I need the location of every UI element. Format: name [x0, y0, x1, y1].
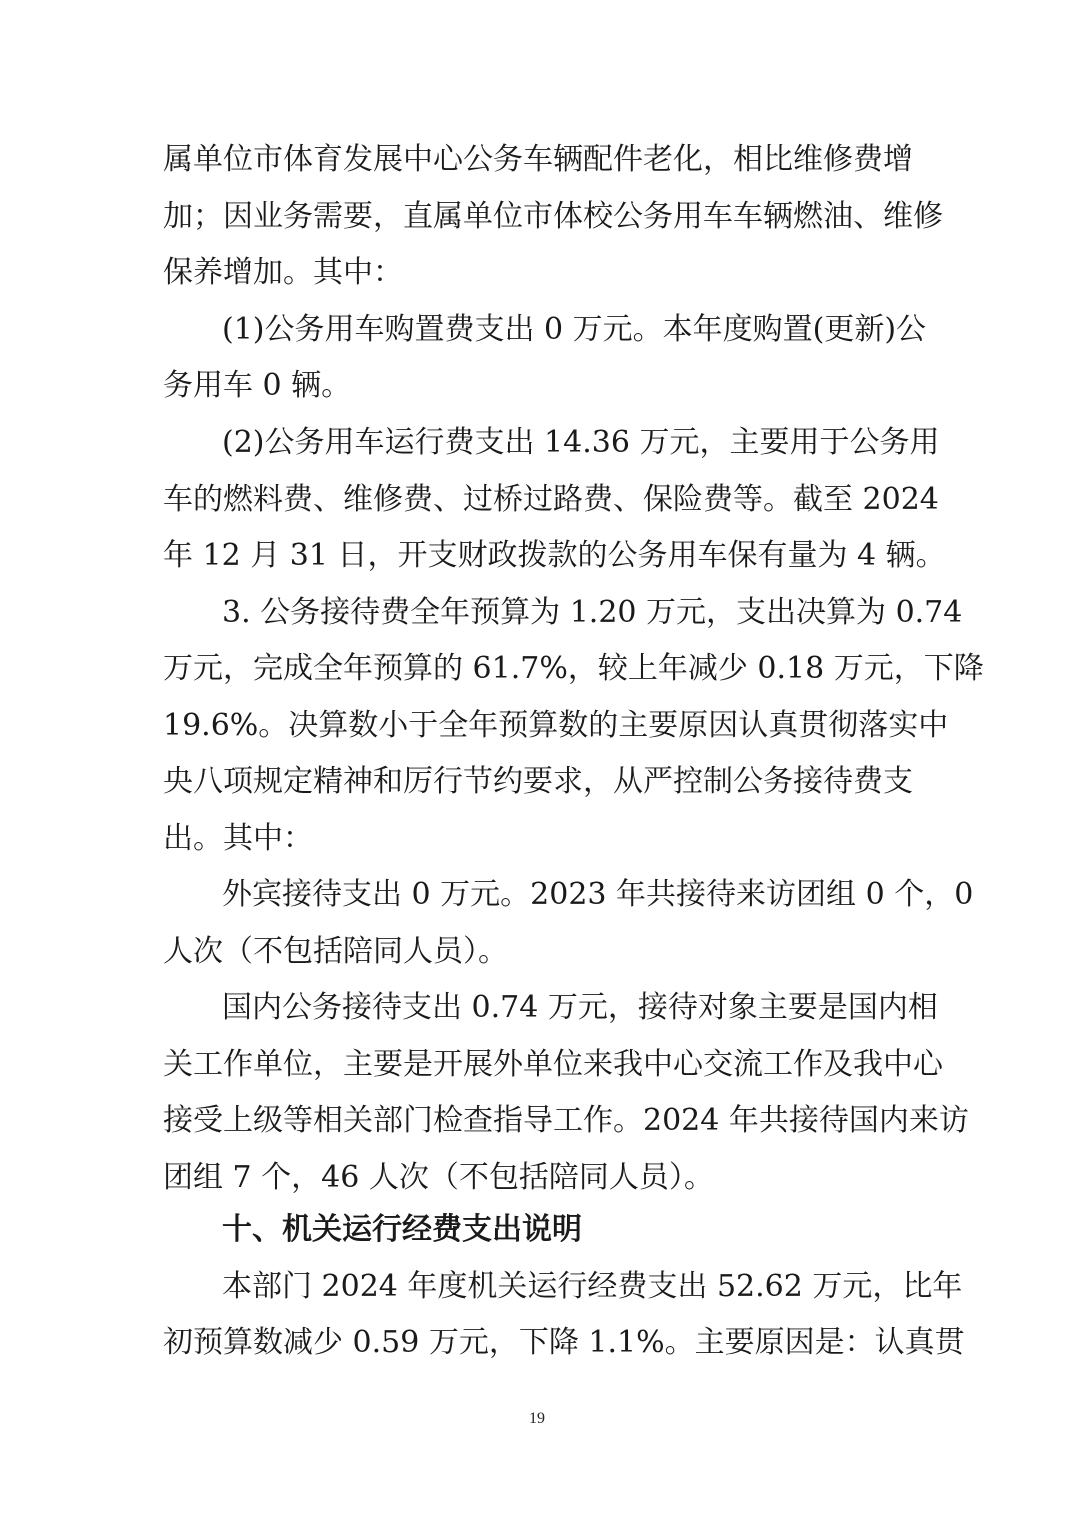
body-line: 央八项规定精神和厉行节约要求，从严控制公务接待费支 [163, 762, 913, 802]
body-line: 万元，完成全年预算的 61.7%，较上年减少 0.18 万元，下降 [163, 649, 913, 689]
body-line: 年 12 月 31 日，开支财政拨款的公务用车保有量为 4 辆。 [163, 536, 913, 576]
body-line: 属单位市体育发展中心公务车辆配件老化，相比维修费增 [163, 140, 913, 180]
document-page: 属单位市体育发展中心公务车辆配件老化，相比维修费增 加；因业务需要，直属单位市体… [0, 0, 1074, 1520]
body-line: (2)公务用车运行费支出 14.36 万元，主要用于公务用 [222, 423, 913, 463]
body-line: 接受上级等相关部门检查指导工作。2024 年共接待国内来访 [163, 1101, 913, 1141]
body-line: 加；因业务需要，直属单位市体校公务用车车辆燃油、维修 [163, 197, 913, 237]
body-line: (1)公务用车购置费支出 0 万元。本年度购置(更新)公 [222, 310, 913, 350]
body-line: 初预算数减少 0.59 万元，下降 1.1%。主要原因是：认真贯 [163, 1323, 913, 1363]
body-line: 出。其中： [163, 819, 913, 859]
section-heading: 十、机关运行经费支出说明 [222, 1210, 582, 1250]
body-line: 国内公务接待支出 0.74 万元，接待对象主要是国内相 [222, 988, 913, 1028]
body-line: 人次（不包括陪同人员）。 [163, 932, 913, 972]
body-line: 外宾接待支出 0 万元。2023 年共接待来访团组 0 个，0 [222, 875, 913, 915]
body-line: 务用车 0 辆。 [163, 366, 913, 406]
body-line: 关工作单位，主要是开展外单位来我中心交流工作及我中心 [163, 1045, 913, 1085]
body-line: 车的燃料费、维修费、过桥过路费、保险费等。截至 2024 [163, 480, 913, 520]
body-line: 本部门 2024 年度机关运行经费支出 52.62 万元，比年 [222, 1267, 913, 1307]
body-line: 保养增加。其中： [163, 253, 913, 293]
body-line: 团组 7 个，46 人次（不包括陪同人员）。 [163, 1158, 913, 1198]
page-number: 19 [0, 1410, 1074, 1428]
body-line: 19.6%。决算数小于全年预算数的主要原因认真贯彻落实中 [163, 706, 913, 746]
body-line: 3. 公务接待费全年预算为 1.20 万元，支出决算为 0.74 [222, 593, 913, 633]
